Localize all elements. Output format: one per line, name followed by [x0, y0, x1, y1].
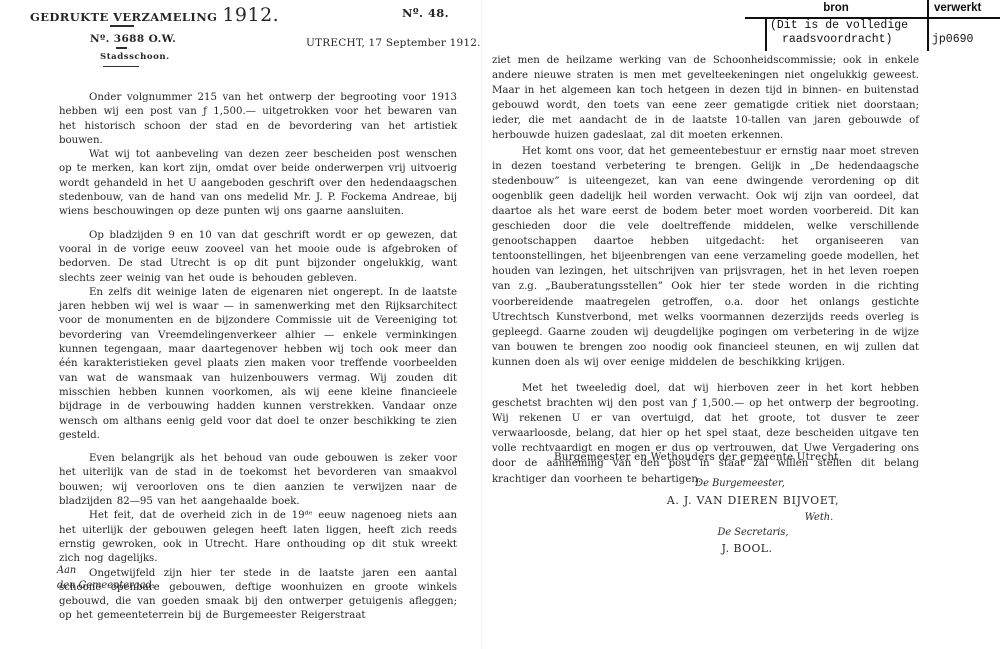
series-title-text: GEDRUKTE VERZAMELING	[30, 10, 217, 24]
annotation-note-line: raadsvoordracht)	[770, 33, 908, 47]
annotation-left-border	[765, 17, 767, 51]
dateline: UTRECHT, 17 September 1912.	[306, 37, 481, 49]
signoff-line: Burgemeester en Wethouders der gemeente …	[492, 451, 842, 463]
annotation-column-separator	[927, 0, 929, 51]
series-year: 1912.	[222, 4, 279, 26]
right-page-body: ziet men de heilzame werking van de Scho…	[492, 53, 919, 487]
annotation-note: (Dit is de volledige raadsvoordracht)	[770, 19, 908, 46]
signature-role-burgemeester: De Burgemeester,	[695, 478, 784, 489]
series-rule	[110, 25, 134, 27]
paragraph: ziet men de heilzame werking van de Scho…	[492, 53, 919, 144]
signature-suffix-weth: Weth.	[805, 512, 833, 523]
subject-heading: Stadsschoon.	[100, 52, 170, 62]
salutation: Aan den Gemeenteraad.	[57, 564, 155, 593]
document-number: Nº. 3688 O.W.	[90, 33, 176, 45]
paragraph: Even belangrijk als het behoud van oude …	[59, 452, 457, 509]
paragraph: Op bladzijden 9 en 10 van dat geschrift …	[59, 229, 457, 286]
paragraph: Het komt ons voor, dat het gemeentebestu…	[492, 144, 919, 370]
annotation-note-line: (Dit is de volledige	[770, 19, 908, 33]
signature-name-secretaris: J. BOOL.	[722, 542, 773, 555]
archival-annotation-table: bron verwerkt (Dit is de volledige raads…	[745, 0, 1000, 52]
paragraph: Wat wij tot aanbeveling van dezen zeer b…	[59, 148, 457, 219]
paragraph: Met het tweeledig doel, dat wij hierbove…	[492, 381, 919, 487]
annotation-code: jp0690	[932, 33, 973, 46]
paragraph: Onder volgnummer 215 van het ontwerp der…	[59, 91, 457, 148]
document-number-rule	[116, 47, 127, 49]
signature-role-secretaris: De Secretaris,	[718, 527, 789, 538]
issue-number: Nº. 48.	[402, 6, 449, 20]
paragraph: En zelfs dit weinige laten de eigenaren …	[59, 286, 457, 443]
left-page-body: Onder volgnummer 215 van het ontwerp der…	[59, 91, 457, 624]
subject-rule	[103, 66, 139, 67]
page-divider	[481, 0, 482, 649]
signature-name-burgemeester: A. J. VAN DIEREN BIJVOET,	[667, 494, 839, 507]
series-title: GEDRUKTE VERZAMELING1912.	[30, 4, 279, 26]
document-scan: GEDRUKTE VERZAMELING1912. Nº. 48. Nº. 36…	[0, 0, 1000, 649]
annotation-header-verwerkt: verwerkt	[934, 2, 981, 14]
paragraph: Het feit, dat de overheid zich in de 19ᵈ…	[59, 509, 457, 566]
salutation-line: den Gemeenteraad.	[57, 579, 155, 594]
salutation-line: Aan	[57, 564, 155, 579]
annotation-header-bron: bron	[745, 2, 927, 14]
